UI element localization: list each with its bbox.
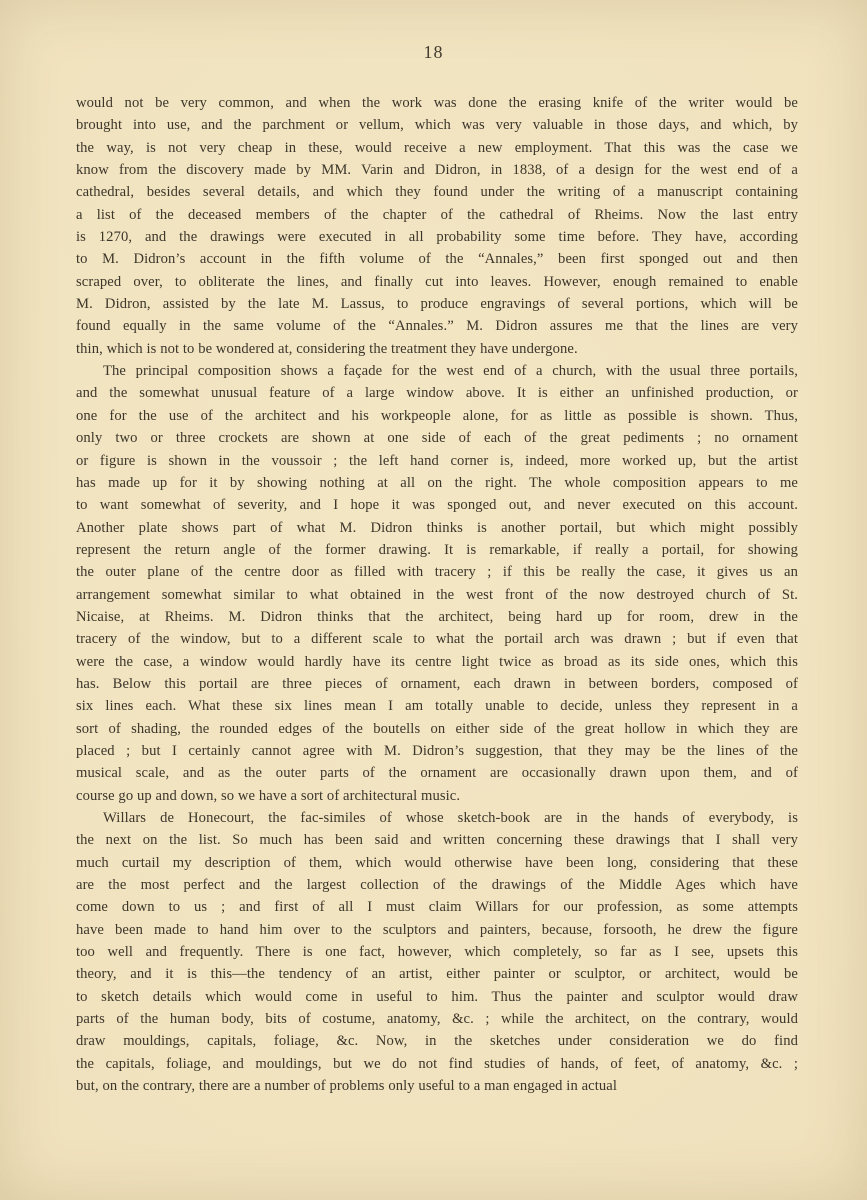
text-line: or figure is shown in the voussoir ; the…: [76, 450, 798, 472]
text-line: have been made to hand him over to the s…: [76, 919, 798, 941]
text-line: and the somewhat unusual feature of a la…: [76, 382, 798, 404]
text-line: to sketch details which would come in us…: [76, 986, 798, 1008]
text-line: the way, is not very cheap in these, wou…: [76, 137, 798, 159]
text-line: brought into use, and the parchment or v…: [76, 114, 798, 136]
paragraph: would not be very common, and when the w…: [76, 92, 798, 360]
text-line: Another plate shows part of what M. Didr…: [76, 517, 798, 539]
paragraph: Willars de Honecourt, the fac-similes of…: [76, 807, 798, 1097]
text-line: but, on the contrary, there are a number…: [76, 1075, 798, 1097]
text-line: the capitals, foliage, and mouldings, bu…: [76, 1053, 798, 1075]
text-line: musical scale, and as the outer parts of…: [76, 762, 798, 784]
text-line: has made up for it by showing nothing at…: [76, 472, 798, 494]
text-line: much curtail my description of them, whi…: [76, 852, 798, 874]
text-line: to M. Didron’s account in the fifth volu…: [76, 248, 798, 270]
text-line: tracery of the window, but to a differen…: [76, 628, 798, 650]
text-line: theory, and it is this—the tendency of a…: [76, 963, 798, 985]
text-line: would not be very common, and when the w…: [76, 92, 798, 114]
text-line: were the case, a window would hardly hav…: [76, 651, 798, 673]
text-line: has. Below this portail are three pieces…: [76, 673, 798, 695]
text-line: scraped over, to obliterate the lines, a…: [76, 271, 798, 293]
text-line: draw mouldings, capitals, foliage, &c. N…: [76, 1030, 798, 1052]
text-line: only two or three crockets are shown at …: [76, 427, 798, 449]
text-line: sort of shading, the rounded edges of th…: [76, 718, 798, 740]
text-line: know from the discovery made by MM. Vari…: [76, 159, 798, 181]
text-line: come down to us ; and first of all I mus…: [76, 896, 798, 918]
text-line: cathedral, besides several details, and …: [76, 181, 798, 203]
text-line: Nicaise, at Rheims. M. Didron thinks tha…: [76, 606, 798, 628]
book-page: 18 would not be very common, and when th…: [0, 0, 867, 1200]
text-line: thin, which is not to be wondered at, co…: [76, 338, 798, 360]
text-line: the next on the list. So much has been s…: [76, 829, 798, 851]
text-line: arrangement somewhat similar to what obt…: [76, 584, 798, 606]
text-line: six lines each. What these six lines mea…: [76, 695, 798, 717]
page-number: 18: [0, 42, 867, 63]
text-line: too well and frequently. There is one fa…: [76, 941, 798, 963]
text-line: Willars de Honecourt, the fac-similes of…: [76, 807, 798, 829]
text-line: course go up and down, so we have a sort…: [76, 785, 798, 807]
text-line: placed ; but I certainly cannot agree wi…: [76, 740, 798, 762]
text-line: to want somewhat of severity, and I hope…: [76, 494, 798, 516]
page-text-block: would not be very common, and when the w…: [76, 92, 798, 1097]
text-line: parts of the human body, bits of costume…: [76, 1008, 798, 1030]
text-line: the outer plane of the centre door as fi…: [76, 561, 798, 583]
text-line: represent the return angle of the former…: [76, 539, 798, 561]
text-line: The principal composition shows a façade…: [76, 360, 798, 382]
text-line: one for the use of the architect and his…: [76, 405, 798, 427]
text-line: found equally in the same volume of the …: [76, 315, 798, 337]
text-line: a list of the deceased members of the ch…: [76, 204, 798, 226]
text-line: are the most perfect and the largest col…: [76, 874, 798, 896]
paragraph: The principal composition shows a façade…: [76, 360, 798, 807]
text-line: is 1270, and the drawings were executed …: [76, 226, 798, 248]
text-line: M. Didron, assisted by the late M. Lassu…: [76, 293, 798, 315]
